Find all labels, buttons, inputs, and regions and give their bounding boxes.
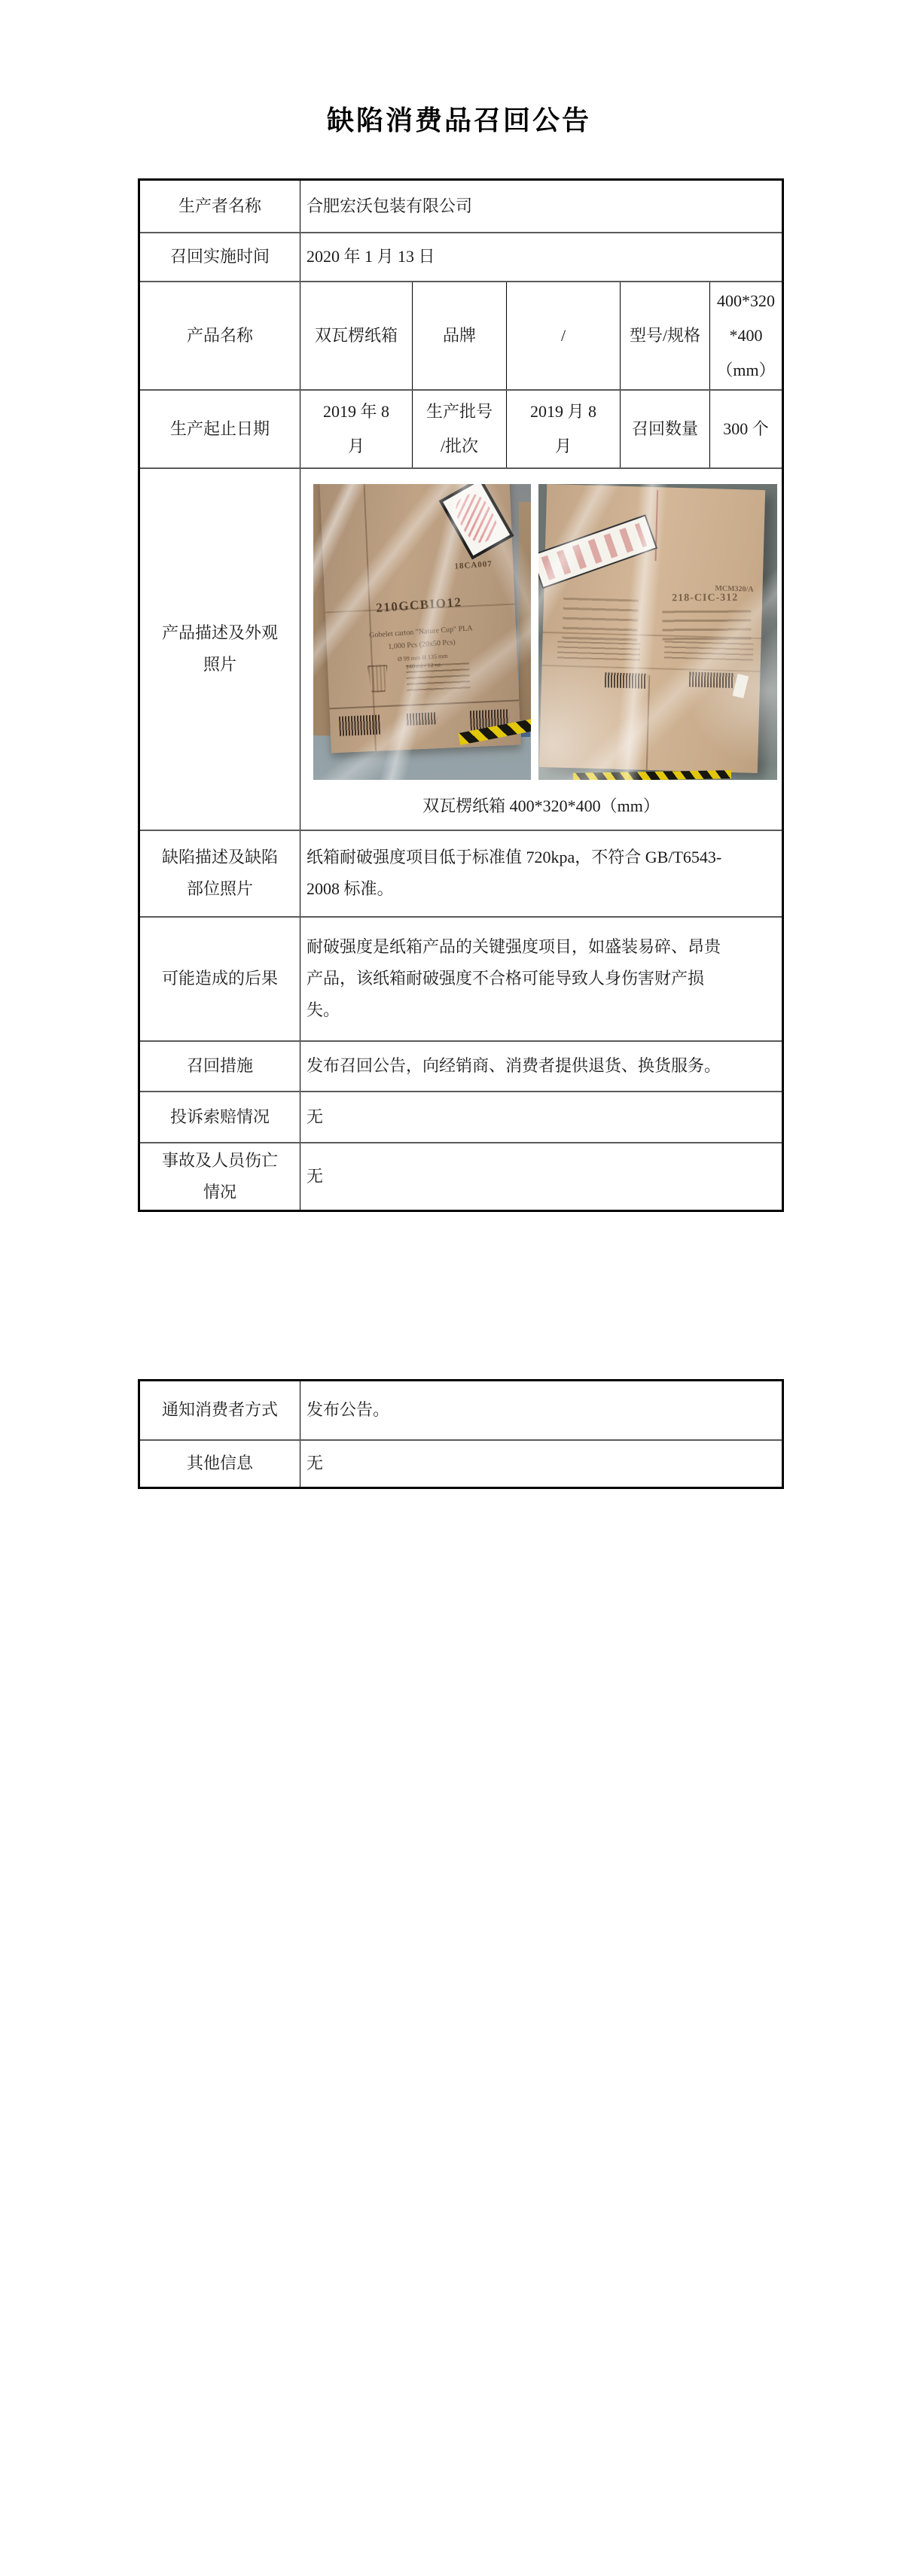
- box-crease: [542, 664, 761, 671]
- production-date-value: 2019 年 8 月: [300, 390, 413, 468]
- table-row: 产品描述及外观 照片 18CA007: [139, 468, 783, 830]
- barcode: [407, 712, 438, 725]
- carton-product-code: 210GCBIO12: [331, 583, 506, 627]
- table-row: 可能造成的后果 耐破强度是纸箱产品的关键强度项目，如盛装易碎、昂贵 产品，该纸箱…: [139, 917, 783, 1041]
- batch-value: 2019 月 8 月: [507, 390, 621, 468]
- defect-desc-label: 缺陷描述及缺陷 部位照片: [139, 830, 300, 917]
- production-date-label: 生产起止日期: [139, 390, 300, 468]
- recall-info-table: 生产者名称 合肥宏沃包装有限公司 召回实施时间 2020 年 1 月 13 日 …: [138, 178, 784, 1212]
- notice-info-table: 通知消费者方式 发布公告。 其他信息 无: [138, 1379, 784, 1489]
- recall-time-label: 召回实施时间: [139, 233, 300, 282]
- table-row: 其他信息 无: [139, 1440, 783, 1488]
- fine-print-block: [406, 662, 471, 696]
- page-title: 缺陷消费品召回公告: [0, 99, 918, 138]
- wrapped-carton-box: 18CA007 210GCBIO12 Gobelet carton "Natur…: [319, 484, 521, 753]
- table-row: 召回措施 发布召回公告，向经销商、消费者提供退货、换货服务。: [139, 1041, 783, 1092]
- other-info-value: 无: [300, 1440, 783, 1488]
- carton-product-code: 218-CIC-312: [648, 592, 761, 604]
- fine-print-block: [557, 641, 641, 662]
- background-shelf-box: [519, 502, 531, 720]
- brand-label: 品牌: [413, 282, 507, 390]
- hazard-tape: [573, 770, 731, 780]
- recall-measures-value: 发布召回公告，向经销商、消费者提供退货、换货服务。: [300, 1041, 783, 1092]
- product-photo-cell: 18CA007 210GCBIO12 Gobelet carton "Natur…: [300, 468, 783, 830]
- table-row: 生产起止日期 2019 年 8 月 生产批号 /批次 2019 月 8 月 召回…: [139, 390, 783, 468]
- recall-measures-label: 召回措施: [139, 1041, 300, 1092]
- box-edge-line: [329, 699, 519, 709]
- accidents-value: 无: [300, 1143, 783, 1211]
- notify-method-value: 发布公告。: [300, 1381, 783, 1440]
- product-photo-label: 产品描述及外观 照片: [139, 468, 300, 830]
- defect-desc-value: 纸箱耐破强度项目低于标准值 720kpa，不符合 GB/T6543- 2008 …: [300, 830, 783, 917]
- table-row: 生产者名称 合肥宏沃包装有限公司: [139, 180, 783, 233]
- table-row: 缺陷描述及缺陷 部位照片 纸箱耐破强度项目低于标准值 720kpa，不符合 GB…: [139, 830, 783, 917]
- wrapped-carton-panel: MCM320/A 218-CIC-312: [539, 484, 765, 773]
- model-label: 型号/规格: [621, 282, 710, 390]
- other-info-label: 其他信息: [139, 1440, 300, 1488]
- table-row: 产品名称 双瓦楞纸箱 品牌 / 型号/规格 400*320 *400 （mm）: [139, 282, 783, 390]
- product-name-label: 产品名称: [139, 282, 300, 390]
- box-crease: [655, 490, 659, 561]
- consequence-value: 耐破强度是纸箱产品的关键强度项目，如盛装易碎、昂贵 产品，该纸箱耐破强度不合格可…: [300, 917, 783, 1041]
- notify-method-label: 通知消费者方式: [139, 1381, 300, 1440]
- carton-print-text: 18CA007 210GCBIO12 Gobelet carton "Natur…: [329, 547, 510, 675]
- table-row: 召回实施时间 2020 年 1 月 13 日: [139, 233, 783, 282]
- cup-icon: [367, 664, 389, 692]
- recall-qty-label: 召回数量: [621, 390, 710, 468]
- producer-name-label: 生产者名称: [139, 180, 300, 233]
- complaints-label: 投诉索赔情况: [139, 1092, 300, 1143]
- shipping-label: [538, 514, 657, 589]
- shipping-label: [439, 484, 514, 560]
- table-row: 事故及人员伤亡 情况 无: [139, 1143, 783, 1211]
- model-value: 400*320 *400 （mm）: [710, 282, 783, 390]
- complaints-value: 无: [300, 1092, 783, 1143]
- barcode: [605, 672, 648, 689]
- barcode: [339, 714, 380, 735]
- consequence-label: 可能造成的后果: [139, 917, 300, 1041]
- barcode: [689, 671, 735, 688]
- product-name-value: 双瓦楞纸箱: [300, 282, 413, 390]
- producer-name-value: 合肥宏沃包装有限公司: [300, 180, 783, 233]
- table-row: 投诉索赔情况 无: [139, 1092, 783, 1143]
- box-crease: [646, 674, 651, 769]
- product-photo-2: MCM320/A 218-CIC-312: [538, 484, 777, 780]
- batch-label: 生产批号 /批次: [413, 390, 507, 468]
- recall-time-value: 2020 年 1 月 13 日: [300, 233, 783, 282]
- fine-print-block: [664, 641, 754, 662]
- brand-value: /: [507, 282, 621, 390]
- product-photo-1: 18CA007 210GCBIO12 Gobelet carton "Natur…: [313, 484, 531, 780]
- product-photos: 18CA007 210GCBIO12 Gobelet carton "Natur…: [313, 484, 776, 780]
- recall-qty-value: 300 个: [710, 390, 783, 468]
- recall-announcement-page: 缺陷消费品召回公告 生产者名称 合肥宏沃包装有限公司 召回实施时间 2020 年…: [0, 0, 918, 2576]
- photo-caption: 双瓦楞纸箱 400*320*400（mm）: [307, 790, 776, 822]
- white-label-chip: [733, 673, 749, 698]
- accidents-label: 事故及人员伤亡 情况: [139, 1143, 300, 1211]
- table-row: 通知消费者方式 发布公告。: [139, 1381, 783, 1440]
- carton-lot-code: 18CA007: [329, 547, 504, 591]
